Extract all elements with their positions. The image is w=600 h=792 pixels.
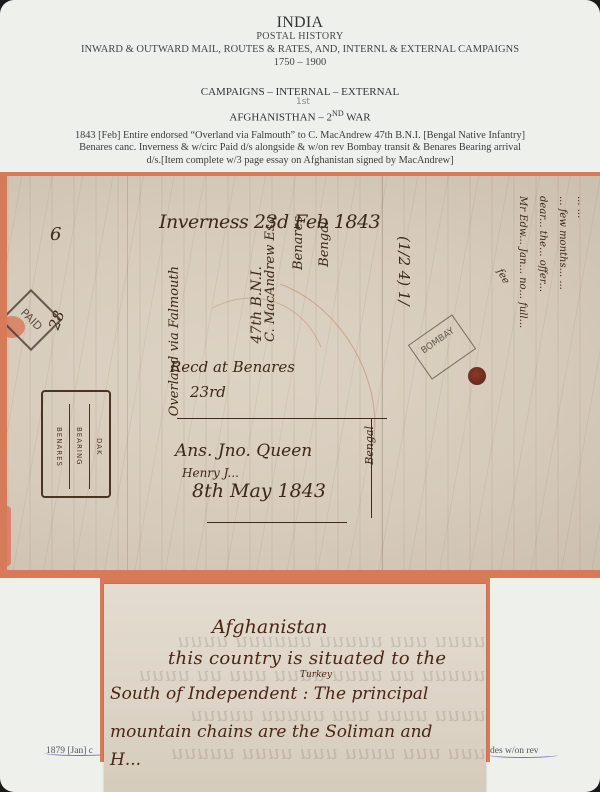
answered-by: Henry J... bbox=[182, 466, 239, 480]
description-line: d/s.[Item complete w/3 page essay on Afg… bbox=[10, 155, 590, 167]
red-stain bbox=[7, 506, 11, 566]
docket-underline bbox=[207, 522, 347, 523]
show-through-text: uuu uuu uuuu uuu uuuu uuuuu bbox=[104, 740, 486, 764]
docket-box-line bbox=[177, 418, 387, 419]
pen-underline bbox=[488, 752, 558, 758]
answered-docket: Ans. Jno. Queen bbox=[175, 441, 312, 461]
letter-text-column: Mr Edw... Jan... no... full... bbox=[517, 196, 528, 328]
received-date: 23rd bbox=[190, 383, 226, 401]
address-province: Bengal bbox=[317, 221, 332, 267]
essay-title: Afghanistan bbox=[212, 616, 327, 638]
rate-marking: (1/2 4) 1/ bbox=[395, 236, 413, 306]
essay-line: this country is situated to the bbox=[168, 648, 446, 669]
pencil-correction: 1st bbox=[0, 97, 600, 107]
war-heading-prefix: AFGHANISTHAN – bbox=[229, 112, 326, 124]
letter-text-column: ... ... bbox=[575, 196, 586, 218]
afghanistan-essay: uuuu uuu uuuuu uuuuuu uuuu uuuuu uu uuuu… bbox=[104, 584, 486, 792]
collection-scope: INWARD & OUTWARD MAIL, ROUTES & RATES, A… bbox=[0, 43, 600, 56]
manuscript-mark-6: 6 bbox=[50, 224, 61, 245]
collection-years: 1750 – 1900 bbox=[0, 56, 600, 69]
essay-line: H... bbox=[110, 750, 141, 770]
received-docket: Recd at Benares bbox=[170, 358, 295, 376]
benares-bearing-handstamp: BENARES BEARING DAK bbox=[41, 390, 111, 498]
description-line: Benares canc. Inverness & w/circ Paid d/… bbox=[10, 142, 590, 154]
letter-text-column: ... few months... ... bbox=[557, 196, 568, 290]
letter-text-column: dear... the... offer... bbox=[537, 196, 548, 292]
bombay-endorsement: Bengal bbox=[363, 426, 376, 465]
address-city: Benares bbox=[291, 216, 306, 270]
essay-insertion: Turkey bbox=[300, 670, 332, 680]
item-description: 1843 [Feb] Entire endorsed “Overland via… bbox=[10, 130, 590, 167]
fold-line bbox=[382, 176, 383, 570]
description-line: 1843 [Feb] Entire endorsed “Overland via… bbox=[10, 130, 590, 142]
overland-endorsement: Overland via Falmouth bbox=[167, 266, 182, 416]
war-heading-ordinal: ND bbox=[332, 109, 344, 118]
page-subtitle: POSTAL HISTORY bbox=[0, 31, 600, 43]
essay-line: mountain chains are the Soliman and bbox=[110, 722, 432, 742]
answered-date: 8th May 1843 bbox=[192, 480, 326, 502]
essay-line: South of Independent : The principal bbox=[110, 684, 428, 704]
page-header: INDIA POSTAL HISTORY INWARD & OUTWARD MA… bbox=[0, 14, 600, 69]
fold-line bbox=[127, 176, 128, 570]
war-heading: 1st AFGHANISTHAN – 2ND WAR bbox=[0, 109, 600, 124]
wax-seal bbox=[468, 367, 486, 385]
album-page: INDIA POSTAL HISTORY INWARD & OUTWARD MA… bbox=[0, 0, 600, 792]
page-title: INDIA bbox=[0, 14, 600, 31]
address-name: C. MacAndrew Esq bbox=[263, 216, 278, 342]
war-heading-suffix: WAR bbox=[344, 112, 371, 124]
entire-letter: 6 28 PAID BENARES BEARING DAK Inverness … bbox=[7, 176, 600, 570]
